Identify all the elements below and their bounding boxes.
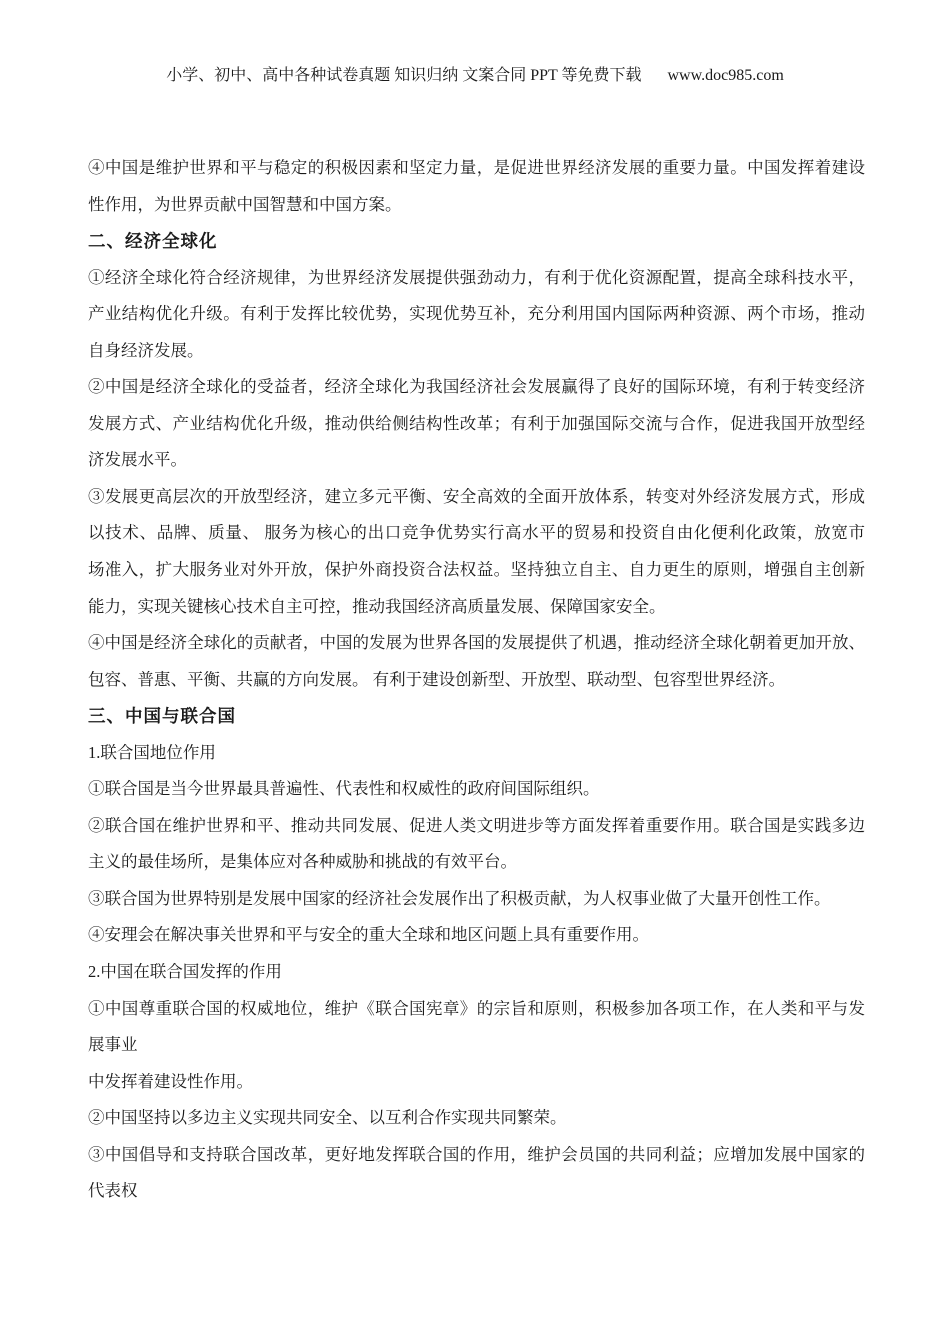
text-line: 代表权 (88, 1173, 865, 1210)
header-slogan: 小学、初中、高中各种试卷真题 知识归纳 文案合同 PPT 等免费下载 (166, 67, 641, 84)
subsection-title: 2.中国在联合国发挥的作用 (88, 954, 865, 991)
text-line: 主义的最佳场所，是集体应对各种威胁和挑战的有效平台。 (88, 844, 865, 881)
document-page: 小学、初中、高中各种试卷真题 知识归纳 文案合同 PPT 等免费下载www.do… (0, 0, 950, 1344)
text-line: 中发挥着建设性作用。 (88, 1064, 865, 1101)
text-line: 性作用，为世界贡献中国智慧和中国方案。 (88, 187, 865, 224)
text-line: ④中国是经济全球化的贡献者，中国的发展为世界各国的发展提供了机遇，推动经济全球化… (88, 625, 865, 662)
text-line: ②联合国在维护世界和平、推动共同发展、促进人类文明进步等方面发挥着重要作用。联合… (88, 808, 865, 845)
text-line: 能力，实现关键核心技术自主可控，推动我国经济高质量发展、保障国家安全。 (88, 589, 865, 626)
text-line: 以技术、品牌、质量、 服务为核心的出口竞争优势实行高水平的贸易和投资自由化便利化… (88, 515, 865, 552)
text-line: ②中国是经济全球化的受益者，经济全球化为我国经济社会发展赢得了良好的国际环境，有… (88, 369, 865, 406)
section-heading-economic-globalization: 二、经济全球化 (88, 223, 865, 260)
page-header: 小学、初中、高中各种试卷真题 知识归纳 文案合同 PPT 等免费下载www.do… (0, 60, 950, 92)
text-line: ①中国尊重联合国的权威地位，维护《联合国宪章》的宗旨和原则，积极参加各项工作，在… (88, 991, 865, 1028)
text-line: ①经济全球化符合经济规律，为世界经济发展提供强劲动力，有利于优化资源配置，提高全… (88, 260, 865, 297)
text-line: ④安理会在解决事关世界和平与安全的重大全球和地区问题上具有重要作用。 (88, 917, 865, 954)
text-line: 场准入，扩大服务业对外开放，保护外商投资合法权益。坚持独立自主、自力更生的原则，… (88, 552, 865, 589)
text-line: 济发展水平。 (88, 442, 865, 479)
text-line: ①联合国是当今世界最具普遍性、代表性和权威性的政府间国际组织。 (88, 771, 865, 808)
text-line: 展事业 (88, 1027, 865, 1064)
text-line: ③中国倡导和支持联合国改革，更好地发挥联合国的作用，维护会员国的共同利益；应增加… (88, 1137, 865, 1174)
text-line: 自身经济发展。 (88, 333, 865, 370)
text-line: 包容、普惠、平衡、共赢的方向发展。 有利于建设创新型、开放型、联动型、包容型世界… (88, 662, 865, 699)
section-heading-china-and-un: 三、中国与联合国 (88, 698, 865, 735)
text-line: ③联合国为世界特别是发展中国家的经济社会发展作出了积极贡献，为人权事业做了大量开… (88, 881, 865, 918)
text-line: ②中国坚持以多边主义实现共同安全、以互利合作实现共同繁荣。 (88, 1100, 865, 1137)
document-body: ④中国是维护世界和平与稳定的积极因素和坚定力量，是促进世界经济发展的重要力量。中… (88, 150, 865, 1210)
subsection-title: 1.联合国地位作用 (88, 735, 865, 772)
text-line: 产业结构优化升级。有利于发挥比较优势，实现优势互补，充分利用国内国际两种资源、两… (88, 296, 865, 333)
text-line: 发展方式、产业结构优化升级，推动供给侧结构性改革；有利于加强国际交流与合作，促进… (88, 406, 865, 443)
text-line: ④中国是维护世界和平与稳定的积极因素和坚定力量，是促进世界经济发展的重要力量。中… (88, 150, 865, 187)
header-site-url: www.doc985.com (668, 67, 784, 84)
text-line: ③发展更高层次的开放型经济，建立多元平衡、安全高效的全面开放体系，转变对外经济发… (88, 479, 865, 516)
